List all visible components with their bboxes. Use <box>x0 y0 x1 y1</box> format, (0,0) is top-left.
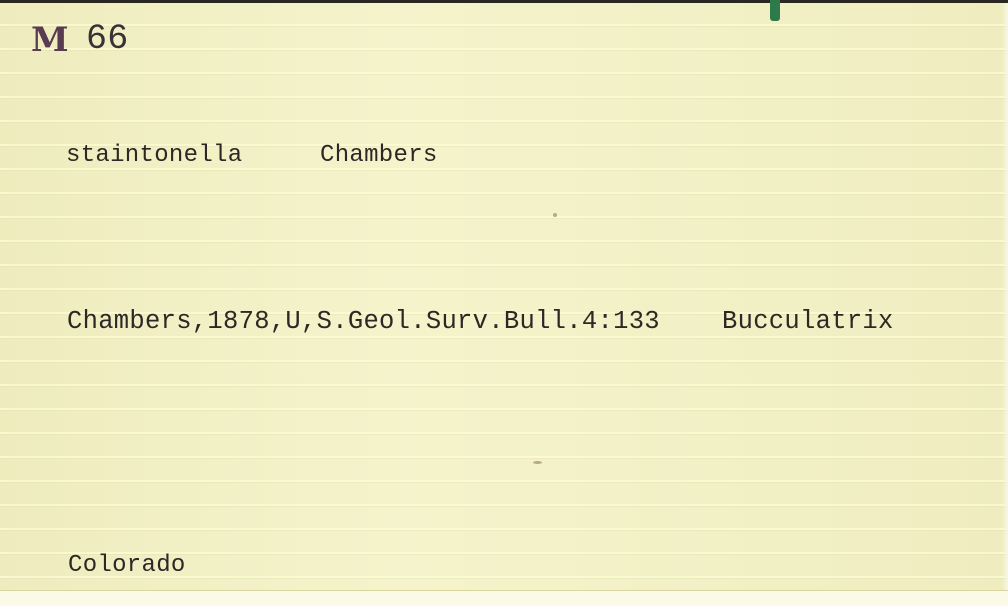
original-genus: Bucculatrix <box>722 307 894 336</box>
index-card <box>0 3 1008 606</box>
paper-speck <box>533 461 542 464</box>
paper-speck <box>553 213 557 217</box>
bibliographic-citation: Chambers,1878,U,S.Geol.Surv.Bull.4:133 <box>67 307 660 336</box>
species-name: staintonella <box>66 142 242 169</box>
call-number-letter: M <box>31 20 69 60</box>
species-author: Chambers <box>320 142 438 169</box>
card-tab-marker <box>770 0 780 21</box>
call-number: 66 <box>86 19 129 59</box>
locality: Colorado <box>68 552 186 579</box>
card-bottom-edge <box>0 590 1008 606</box>
